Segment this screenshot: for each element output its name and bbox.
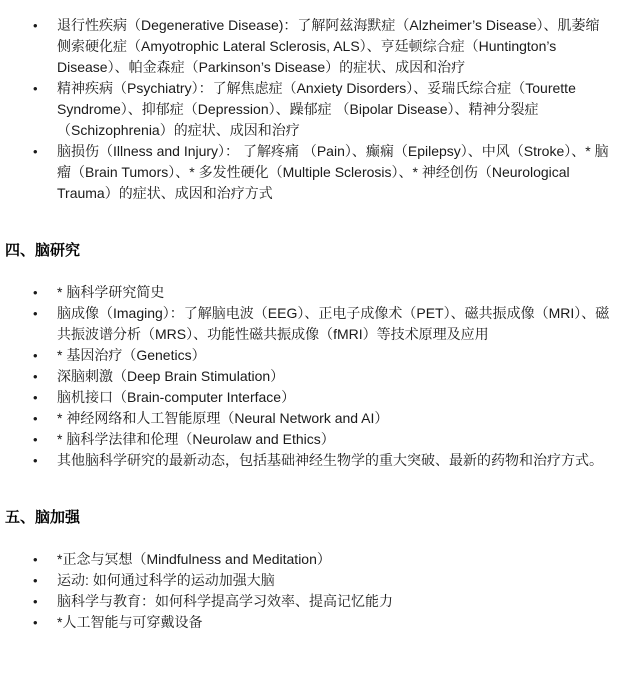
bullet-icon: • — [33, 429, 57, 450]
list-item: • 退行性疾病（Degenerative Disease)：了解阿兹海默症（Al… — [33, 15, 611, 78]
list-item: • *人工智能与可穿戴设备 — [33, 612, 611, 633]
list-item-text: 其他脑科学研究的最新动态，包括基础神经生物学的重大突破、最新的药物和治疗方式。 — [57, 450, 611, 471]
list-item: • * 神经网络和人工智能原理（Neural Network and AI） — [33, 408, 611, 429]
bullet-icon: • — [33, 408, 57, 429]
list-item-text: 脑成像（Imaging）：了解脑电波（EEG）、正电子成像术（PET）、磁共振成… — [57, 303, 611, 345]
list-item: • 精神疾病（Psychiatry）：了解焦虑症（Anxiety Disorde… — [33, 78, 611, 141]
list-item-text: * 基因治疗（Genetics） — [57, 345, 611, 366]
bullet-icon: • — [33, 15, 57, 36]
section-heading-brain-research: 四、脑研究 — [5, 240, 611, 261]
bullet-list-brain-enhancement: • *正念与冥想（Mindfulness and Meditation） • 运… — [5, 549, 611, 633]
list-item-text: 精神疾病（Psychiatry）：了解焦虑症（Anxiety Disorders… — [57, 78, 611, 141]
bullet-icon: • — [33, 303, 57, 324]
bullet-icon: • — [33, 141, 57, 162]
list-item-text: * 脑科学研究简史 — [57, 282, 611, 303]
list-item-text: *人工智能与可穿戴设备 — [57, 612, 611, 633]
list-item: • 脑机接口（Brain-computer Interface） — [33, 387, 611, 408]
bullet-icon: • — [33, 387, 57, 408]
list-item: • * 脑科学法律和伦理（Neurolaw and Ethics） — [33, 429, 611, 450]
list-item: • * 基因治疗（Genetics） — [33, 345, 611, 366]
list-item-text: 脑机接口（Brain-computer Interface） — [57, 387, 611, 408]
list-item-text: * 脑科学法律和伦理（Neurolaw and Ethics） — [57, 429, 611, 450]
list-item-text: 脑损伤（Illness and Injury）： 了解疼痛 （Pain）、癫痫（… — [57, 141, 611, 204]
list-item-text: 退行性疾病（Degenerative Disease)：了解阿兹海默症（Alzh… — [57, 15, 611, 78]
document-page: • 退行性疾病（Degenerative Disease)：了解阿兹海默症（Al… — [0, 0, 625, 685]
bullet-icon: • — [33, 345, 57, 366]
list-item-text: 深脑刺激（Deep Brain Stimulation） — [57, 366, 611, 387]
bullet-icon: • — [33, 282, 57, 303]
list-item: • * 脑科学研究简史 — [33, 282, 611, 303]
list-item: • 其他脑科学研究的最新动态，包括基础神经生物学的重大突破、最新的药物和治疗方式… — [33, 450, 611, 471]
section-heading-brain-enhancement: 五、脑加强 — [5, 507, 611, 528]
bullet-list-brain-research: • * 脑科学研究简史 • 脑成像（Imaging）：了解脑电波（EEG）、正电… — [5, 282, 611, 471]
list-item: • 运动: 如何通过科学的运动加强大脑 — [33, 570, 611, 591]
list-item: • 脑科学与教育：如何科学提高学习效率、提高记忆能力 — [33, 591, 611, 612]
list-item: • 深脑刺激（Deep Brain Stimulation） — [33, 366, 611, 387]
bullet-icon: • — [33, 549, 57, 570]
bullet-list-diseases: • 退行性疾病（Degenerative Disease)：了解阿兹海默症（Al… — [5, 15, 611, 204]
list-item-text: 运动: 如何通过科学的运动加强大脑 — [57, 570, 611, 591]
list-item-text: * 神经网络和人工智能原理（Neural Network and AI） — [57, 408, 611, 429]
list-item: • 脑损伤（Illness and Injury）： 了解疼痛 （Pain）、癫… — [33, 141, 611, 204]
bullet-icon: • — [33, 570, 57, 591]
bullet-icon: • — [33, 612, 57, 633]
list-item-text: 脑科学与教育：如何科学提高学习效率、提高记忆能力 — [57, 591, 611, 612]
bullet-icon: • — [33, 591, 57, 612]
list-item: • *正念与冥想（Mindfulness and Meditation） — [33, 549, 611, 570]
bullet-icon: • — [33, 78, 57, 99]
list-item: • 脑成像（Imaging）：了解脑电波（EEG）、正电子成像术（PET）、磁共… — [33, 303, 611, 345]
list-item-text: *正念与冥想（Mindfulness and Meditation） — [57, 549, 611, 570]
bullet-icon: • — [33, 366, 57, 387]
bullet-icon: • — [33, 450, 57, 471]
